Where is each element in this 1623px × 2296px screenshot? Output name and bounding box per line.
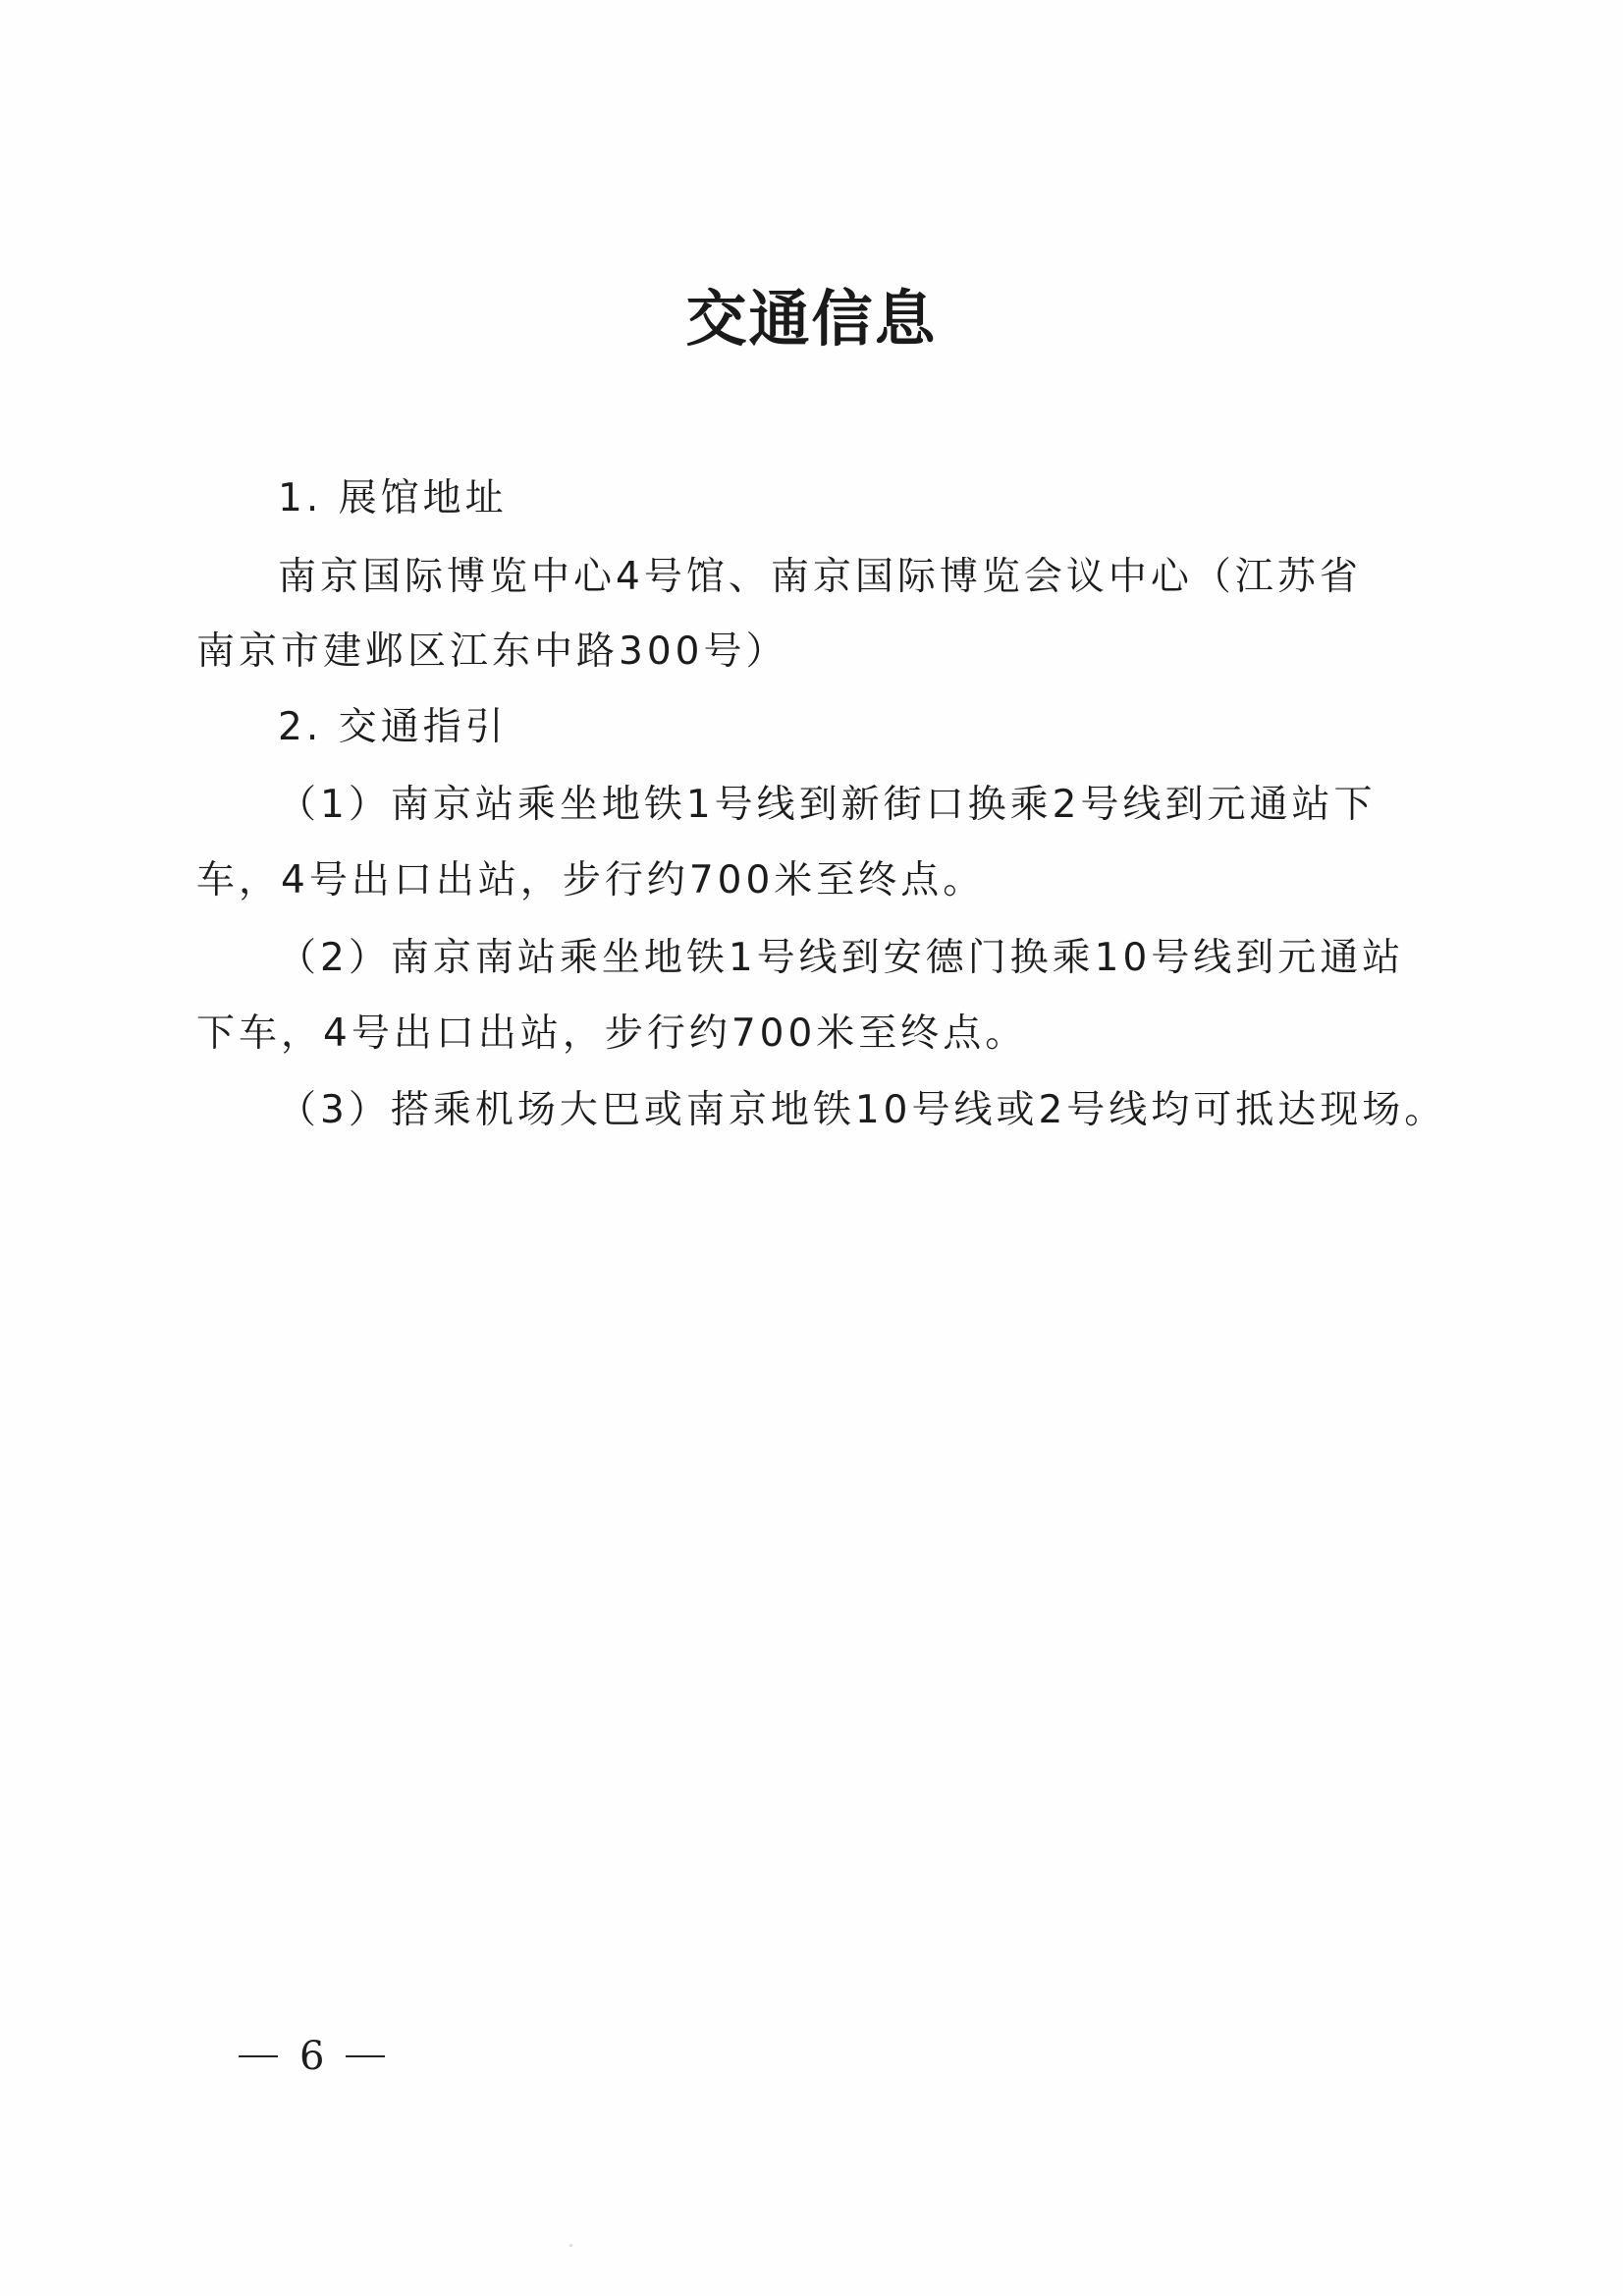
address-line-2: 南京市建邺区江东中路300号） — [196, 625, 787, 680]
address-line-1: 南京国际博览中心4号馆、南京国际博览会议中心（江苏省 — [278, 550, 1362, 605]
section-heading-transport-guide: 2. 交通指引 — [278, 700, 508, 755]
route-1-line-2: 车，4号出口出站，步行约700米至终点。 — [196, 853, 985, 908]
route-2-line-2: 下车，4号出口出站，步行约700米至终点。 — [196, 1007, 1027, 1062]
page-number-value: 6 — [299, 2032, 324, 2081]
section-heading-venue-address: 1. 展馆地址 — [278, 471, 508, 526]
document-page: 交通信息 1. 展馆地址 南京国际博览中心4号馆、南京国际博览会议中心（江苏省 … — [0, 0, 1623, 2296]
dash-right — [346, 2055, 385, 2057]
page-title: 交通信息 — [0, 280, 1623, 358]
route-2-line-1: （2）南京南站乘坐地铁1号线到安德门换乘10号线到元通站 — [278, 931, 1404, 986]
route-3-line-1: （3）搭乘机场大巴或南京地铁10号线或2号线均可抵达现场。 — [278, 1083, 1446, 1138]
route-1-line-1: （1）南京站乘坐地铁1号线到新街口换乘2号线到元通站下 — [278, 778, 1376, 833]
scan-speck — [569, 2244, 572, 2247]
dash-left — [239, 2055, 278, 2057]
page-number: 6 — [239, 2029, 385, 2081]
